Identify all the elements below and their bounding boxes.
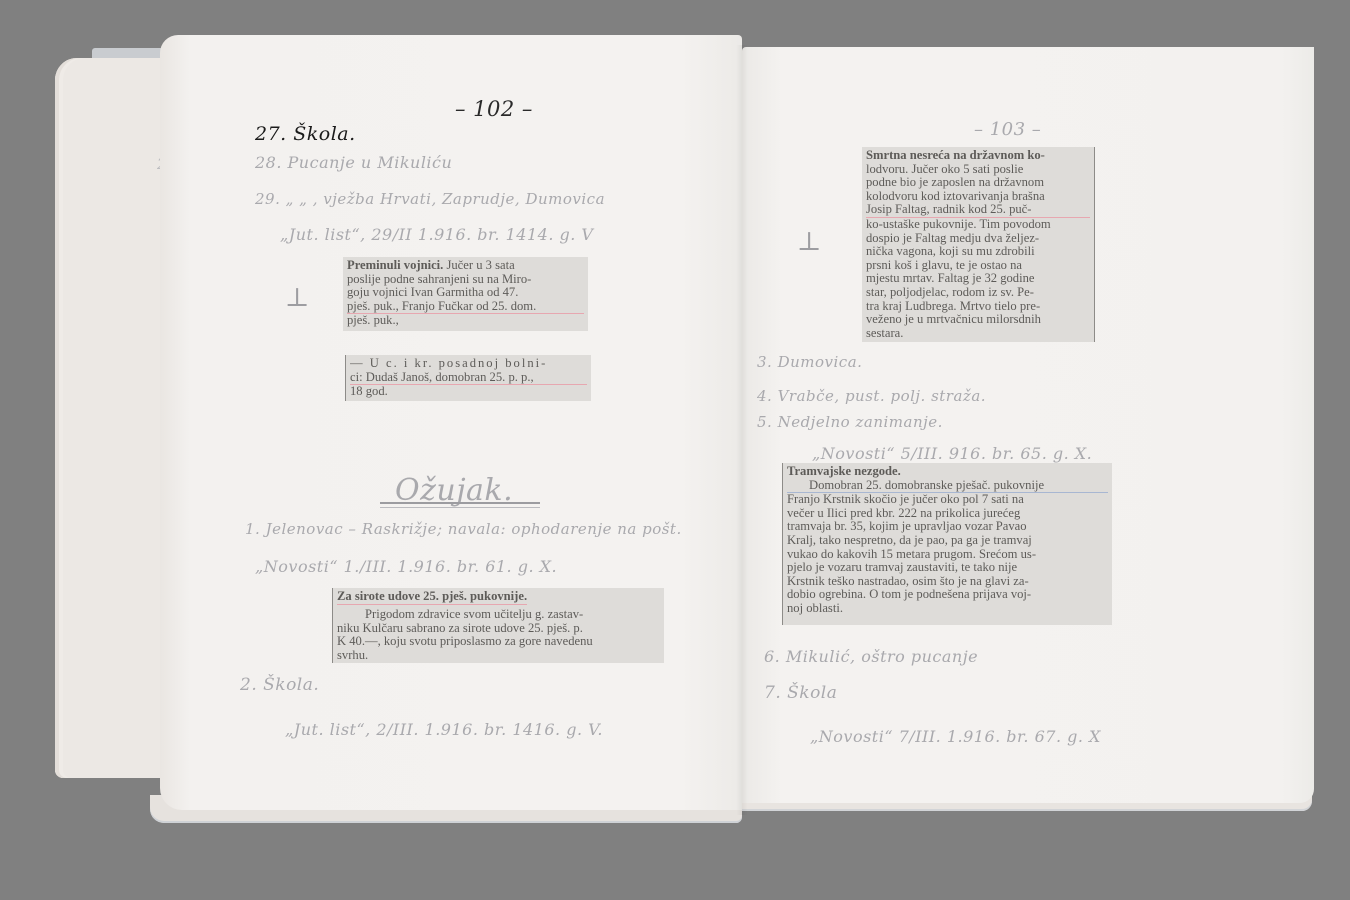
clipping-line: Kralj, tako nespretno, da je pao, pa ga …: [787, 534, 1108, 548]
entry-2: 2. Škola.: [240, 675, 319, 695]
clipping-line: ko-ustaške pukovnije. Tim povodom: [866, 218, 1090, 232]
clipping-line: svrhu.: [337, 649, 660, 663]
clipping-line: goju vojnici Ivan Garmitha od 47.: [347, 286, 584, 300]
entry-5: 5. Nedjelno zanimanje.: [757, 413, 943, 431]
clipping-headline: Tramvajske nezgode.: [787, 465, 1108, 479]
entry-7: 7. Škola: [764, 683, 837, 703]
section-title-underline: [380, 502, 540, 508]
clipping-line: prsni koš i glavu, te je ostao na: [866, 259, 1090, 273]
source-citation: „Novosti“ 5/III. 916. br. 65. g. X.: [812, 444, 1092, 463]
clipping-headline: Preminuli vojnici.: [347, 259, 443, 272]
left-page: – 102 – 27. Škola. 28. Pucanje u Mikulić…: [160, 35, 742, 810]
clipping-posadna-bolnica: — U c. i kr. posadnoj bolni- ci: Dudaš J…: [345, 355, 591, 401]
source-citation: „Novosti“ 1./III. 1.916. br. 61. g. X.: [255, 557, 557, 576]
clipping-line: Prigodom zdravice svom učitelju g. zasta…: [337, 608, 660, 622]
source-citation: „Jut. list“, 29/II 1.916. br. 1414. g. V: [280, 225, 593, 244]
clipping-line: večer u Ilici pred kbr. 222 na prikolica…: [787, 507, 1108, 521]
clipping-headline: Smrtna nesreća na državnom ko-: [866, 149, 1090, 163]
clipping-sirote-udove: Za sirote udove 25. pješ. pukovnije. Pri…: [332, 588, 664, 663]
clipping-line: pješ. puk.,: [347, 314, 407, 328]
clipping-tramvajske-nezgode: Tramvajske nezgode. Domobran 25. domobra…: [782, 463, 1112, 625]
clipping-line: tramvaja br. 35, kojim je upravljao voza…: [787, 520, 1108, 534]
entry-29: 29. „ „ , vježba Hrvati, Zaprudje, Dumov…: [255, 190, 605, 208]
clipping-line: ci: Dudaš Janoš, domobran 25. p. p.,: [350, 371, 587, 386]
clipping-line: veženo je u mrtvačnicu milorsdnih: [866, 313, 1090, 327]
clipping-line: Josip Faltag, radnik kod 25. puč-: [866, 203, 1090, 218]
clipping-line: K 40.—, koju svotu priposlasmo za gore n…: [337, 635, 660, 649]
clipping-line: podne bio je zaposlen na državnom: [866, 176, 1090, 190]
clipping-headline: Za sirote udove 25. pješ. pukovnije.: [337, 590, 527, 605]
book-gutter: [736, 45, 748, 815]
page-number: – 102 –: [455, 97, 533, 121]
clipping-line: vukao do kakovih 15 metara prugom. Srećo…: [787, 548, 1108, 562]
entry-27: 27. Škola.: [255, 123, 356, 145]
clipping-line: tra kraj Ludbrega. Mrtvo tielo pre-: [866, 300, 1090, 314]
right-page: – 103 – ⊥ Smrtna nesreća na državnom ko-…: [742, 47, 1314, 803]
clipping-line: poslije podne sahranjeni su na Miro-: [347, 273, 584, 287]
entry-28: 28. Pucanje u Mikuliću: [255, 153, 452, 172]
open-book: 23. – 102 – 27. Škola. 28. Pucanje u Mik…: [0, 0, 1350, 900]
clipping-line: mjestu mrtav. Faltag je 32 godine: [866, 272, 1090, 286]
clipping-line: Franjo Krstnik skočio je jučer oko pol 7…: [787, 493, 1108, 507]
clipping-line: 18 god.: [350, 385, 400, 399]
entry-4: 4. Vrabče, pust. polj. straža.: [757, 387, 986, 405]
clipping-preminuli-vojnici: Preminuli vojnici. Jučer u 3 sata poslij…: [343, 257, 588, 331]
clipping-line: sestara.: [866, 327, 1090, 341]
clipping-line: lodvoru. Jučer oko 5 sati poslie: [866, 163, 1090, 177]
clipping-line: pjelo je vozaru tramvaj zaustaviti, te t…: [787, 561, 1108, 575]
entry-1: 1. Jelenovac – Raskrižje; navala: ophoda…: [245, 520, 682, 538]
clipping-line: kolodvoru kod iztovarivanja brašna: [866, 190, 1090, 204]
clipping-line: Krstnik teško nastradao, osim što je na …: [787, 575, 1108, 589]
clipping-line: Domobran 25. domobranske pješač. pukovni…: [787, 479, 1108, 494]
clipping-line: star, poljodjelac, rodom iz sv. Pe-: [866, 286, 1090, 300]
clipping-line: dospio je Faltag medju dva željez-: [866, 232, 1090, 246]
clipping-line: niku Kulčaru sabrano za sirote udove 25.…: [337, 622, 660, 636]
entry-3: 3. Dumovica.: [757, 353, 862, 371]
page-number: – 103 –: [974, 119, 1041, 140]
entry-6: 6. Mikulić, oštro pucanje: [764, 647, 978, 666]
clipping-line: pješ. puk., Franjo Fučkar od 25. dom.: [347, 300, 584, 315]
clipping-line: dobio ogrebina. O tom je podnešena prija…: [787, 588, 1108, 602]
clipping-line: — U c. i kr. posadnoj bolni-: [350, 357, 587, 371]
clipping-line: nička vagona, koji su mu zdrobili: [866, 245, 1090, 259]
clipping-smrtna-nesreca: Smrtna nesreća na državnom ko- lodvoru. …: [862, 147, 1095, 342]
clipping-line: noj oblasti.: [787, 602, 1108, 616]
cross-mark: ⊥: [797, 227, 821, 257]
source-citation: „Novosti“ 7/III. 1.916. br. 67. g. X: [810, 727, 1101, 746]
cross-mark: ⊥: [285, 283, 309, 313]
source-citation: „Jut. list“, 2/III. 1.916. br. 1416. g. …: [285, 720, 603, 739]
